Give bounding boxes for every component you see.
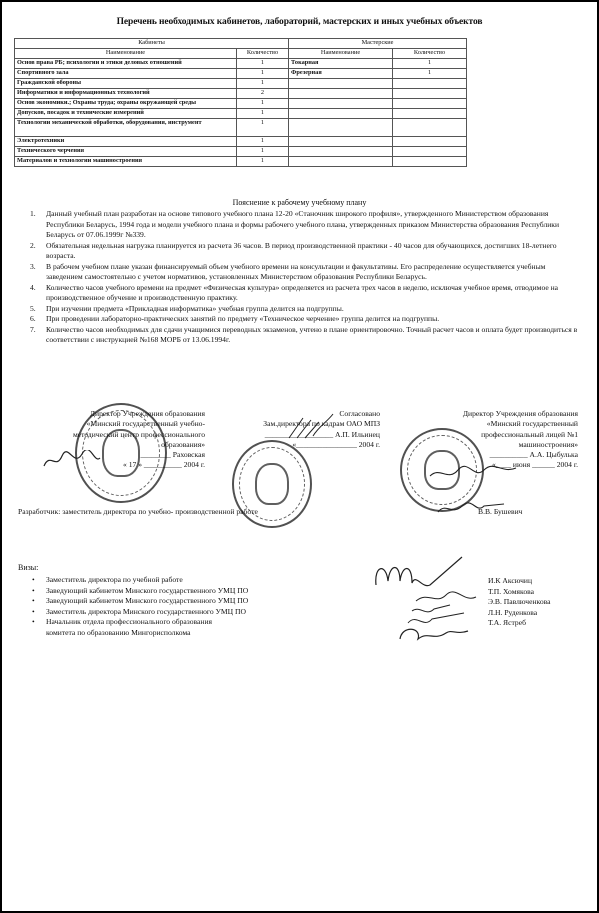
signature-line: Директор Учреждения образования bbox=[30, 409, 205, 419]
item-number: 5. bbox=[30, 304, 36, 315]
item-text: При изучении предмета «Прикладная информ… bbox=[46, 304, 344, 313]
visa-signer-name: Э.В. Павлюченкова bbox=[488, 597, 551, 608]
bullet-icon: • bbox=[32, 596, 35, 607]
visa-role: Заместитель директора по учебной работе bbox=[46, 575, 183, 584]
workshop-qty-cell bbox=[393, 89, 467, 99]
handwritten-signature-left bbox=[42, 450, 102, 472]
cabinet-name-cell: Спортивного зала bbox=[15, 69, 237, 79]
workshop-qty-cell bbox=[393, 157, 467, 167]
developer-name: В.В. Бушевич bbox=[478, 507, 522, 516]
workshop-name-cell bbox=[289, 119, 393, 137]
visa-item: •Заместитель директора по учебной работе bbox=[32, 575, 248, 586]
explanation-item: 7.Количество часов необходимых для сдачи… bbox=[20, 325, 580, 346]
item-number: 1. bbox=[30, 209, 36, 220]
handwritten-signature-right bbox=[428, 464, 518, 484]
explanation-title: Пояснение к рабочему учебному плану bbox=[0, 198, 599, 207]
table-row: Материалов и технологии машиностроения1 bbox=[15, 157, 467, 167]
table-row: Технического черчения1 bbox=[15, 147, 467, 157]
cabinet-qty-cell: 1 bbox=[237, 147, 289, 157]
visa-item: •Начальник отдела профессионального обра… bbox=[32, 617, 248, 638]
workshop-qty-cell bbox=[393, 79, 467, 89]
visas-title: Визы: bbox=[18, 563, 38, 572]
explanation-list: 1.Данный учебный план разработан на осно… bbox=[20, 209, 580, 346]
workshop-qty-cell bbox=[393, 119, 467, 137]
signature-line: Директор Учреждения образования bbox=[400, 409, 578, 419]
cabinet-name-cell: Технического черчения bbox=[15, 147, 237, 157]
explanation-item: 1.Данный учебный план разработан на осно… bbox=[20, 209, 580, 241]
column-header-cabinet-qty: Количество bbox=[237, 49, 289, 59]
visa-item: •Заместитель директора Минского государс… bbox=[32, 607, 248, 618]
table-row: Основ экономики.; Охраны труда; охраны о… bbox=[15, 99, 467, 109]
item-number: 7. bbox=[30, 325, 36, 336]
visa-item: •Заведующий кабинетом Минского государст… bbox=[32, 596, 248, 607]
table-row: Электротехники1 bbox=[15, 137, 467, 147]
cabinet-name-cell: Технологии механической обработки, обору… bbox=[15, 119, 237, 137]
workshop-name-cell bbox=[289, 147, 393, 157]
table-row: Спортивного зала1Фрезерная1 bbox=[15, 69, 467, 79]
explanation-item: 6.При проведении лабораторно-практически… bbox=[20, 314, 580, 325]
bullet-icon: • bbox=[32, 575, 35, 586]
table-row: Технологии механической обработки, обору… bbox=[15, 119, 467, 137]
item-number: 6. bbox=[30, 314, 36, 325]
visas-list: •Заместитель директора по учебной работе… bbox=[32, 575, 248, 639]
group-header-cabinets: Кабинеты bbox=[15, 39, 289, 49]
bullet-icon: • bbox=[32, 607, 35, 618]
signature-line: методический центр профессионального bbox=[30, 430, 205, 440]
objects-table: Кабинеты Мастерские Наименование Количес… bbox=[14, 38, 467, 167]
explanation-item: 3.В рабочем учебном плане указан финанси… bbox=[20, 262, 580, 283]
workshop-qty-cell bbox=[393, 147, 467, 157]
table-row: Гражданской обороны1 bbox=[15, 79, 467, 89]
workshop-qty-cell: 1 bbox=[393, 59, 467, 69]
visa-signer-name: Т.П. Хомякова bbox=[488, 587, 551, 598]
group-header-workshops: Мастерские bbox=[289, 39, 467, 49]
explanation-item: 4.Количество часов учебного времени на п… bbox=[20, 283, 580, 304]
bullet-icon: • bbox=[32, 617, 35, 628]
bullet-icon: • bbox=[32, 586, 35, 597]
visa-signer-name: И.К Аксючиц bbox=[488, 576, 551, 587]
visa-role-continued: комитета по образованию Мингорисполкома bbox=[46, 628, 248, 639]
cabinet-qty-cell: 1 bbox=[237, 69, 289, 79]
visa-names-list: И.К АксючицТ.П. ХомяковаЭ.В. Павлюченков… bbox=[488, 576, 551, 629]
workshop-name-cell bbox=[289, 157, 393, 167]
item-text: В рабочем учебном плане указан финансиру… bbox=[46, 262, 545, 282]
developer-label: Разработчик: заместитель директора по уч… bbox=[18, 507, 258, 516]
cabinet-qty-cell: 2 bbox=[237, 89, 289, 99]
signature-line: профессиональный лицей №1 bbox=[400, 430, 578, 440]
table-row: Основ права РБ; психологии и этики делов… bbox=[15, 59, 467, 69]
table-row: Допусков, посадок и технические измерени… bbox=[15, 109, 467, 119]
cabinet-qty-cell: 1 bbox=[237, 137, 289, 147]
column-header-cabinet-name: Наименование bbox=[15, 49, 237, 59]
explanation-item: 2.Обязательная недельная нагрузка планир… bbox=[20, 241, 580, 262]
cabinet-qty-cell: 1 bbox=[237, 157, 289, 167]
cabinet-name-cell: Основ права РБ; психологии и этики делов… bbox=[15, 59, 237, 69]
visa-role: Начальник отдела профессионального образ… bbox=[46, 617, 212, 626]
workshop-name-cell bbox=[289, 137, 393, 147]
cabinet-qty-cell: 1 bbox=[237, 109, 289, 119]
workshop-name-cell: Фрезерная bbox=[289, 69, 393, 79]
workshop-name-cell bbox=[289, 109, 393, 119]
visa-role: Заместитель директора Минского государст… bbox=[46, 607, 246, 616]
cabinet-qty-cell: 1 bbox=[237, 59, 289, 69]
item-number: 3. bbox=[30, 262, 36, 273]
visa-role: Заведующий кабинетом Минского государств… bbox=[46, 586, 248, 595]
visa-signer-name: Т.А. Ястреб bbox=[488, 618, 551, 629]
cabinet-name-cell: Гражданской обороны bbox=[15, 79, 237, 89]
visa-signer-name: Л.Н. Руденкова bbox=[488, 608, 551, 619]
visa-item: •Заведующий кабинетом Минского государст… bbox=[32, 586, 248, 597]
workshop-qty-cell bbox=[393, 109, 467, 119]
column-header-workshop-qty: Количество bbox=[393, 49, 467, 59]
cabinet-name-cell: Информатики и информационных технологий bbox=[15, 89, 237, 99]
signature-line: «Минский государственный учебно- bbox=[30, 419, 205, 429]
signature-line: «Минский государственный bbox=[400, 419, 578, 429]
item-number: 4. bbox=[30, 283, 36, 294]
item-text: Данный учебный план разработан на основе… bbox=[46, 209, 559, 239]
cabinet-qty-cell: 1 bbox=[237, 79, 289, 89]
item-number: 2. bbox=[30, 241, 36, 252]
item-text: При проведении лабораторно-практических … bbox=[46, 314, 439, 323]
workshop-qty-cell: 1 bbox=[393, 69, 467, 79]
cabinet-name-cell: Допусков, посадок и технические измерени… bbox=[15, 109, 237, 119]
handwritten-visa-signatures bbox=[372, 555, 492, 645]
workshop-name-cell bbox=[289, 99, 393, 109]
signature-line: __________ А.А. Цыбулька bbox=[400, 450, 578, 460]
workshop-qty-cell bbox=[393, 99, 467, 109]
table-row: Информатики и информационных технологий2 bbox=[15, 89, 467, 99]
document-title: Перечень необходимых кабинетов, лаборато… bbox=[0, 17, 599, 27]
item-text: Количество часов учебного времени на пре… bbox=[46, 283, 558, 303]
column-header-workshop-name: Наименование bbox=[289, 49, 393, 59]
handwritten-signature-middle bbox=[285, 412, 335, 442]
workshop-name-cell bbox=[289, 89, 393, 99]
signature-line: образования» bbox=[30, 440, 205, 450]
cabinet-name-cell: Основ экономики.; Охраны труда; охраны о… bbox=[15, 99, 237, 109]
cabinet-qty-cell: 1 bbox=[237, 99, 289, 109]
item-text: Количество часов необходимых для сдачи у… bbox=[46, 325, 577, 345]
cabinet-name-cell: Электротехники bbox=[15, 137, 237, 147]
workshop-qty-cell bbox=[393, 137, 467, 147]
visa-role: Заведующий кабинетом Минского государств… bbox=[46, 596, 248, 605]
item-text: Обязательная недельная нагрузка планируе… bbox=[46, 241, 557, 261]
explanation-item: 5.При изучении предмета «Прикладная инфо… bbox=[20, 304, 580, 315]
cabinet-name-cell: Материалов и технологии машиностроения bbox=[15, 157, 237, 167]
signature-block-right: Директор Учреждения образования«Минский … bbox=[400, 409, 578, 471]
signature-line: машиностроения» bbox=[400, 440, 578, 450]
workshop-name-cell bbox=[289, 79, 393, 89]
cabinet-qty-cell: 1 bbox=[237, 119, 289, 137]
workshop-name-cell: Токарная bbox=[289, 59, 393, 69]
